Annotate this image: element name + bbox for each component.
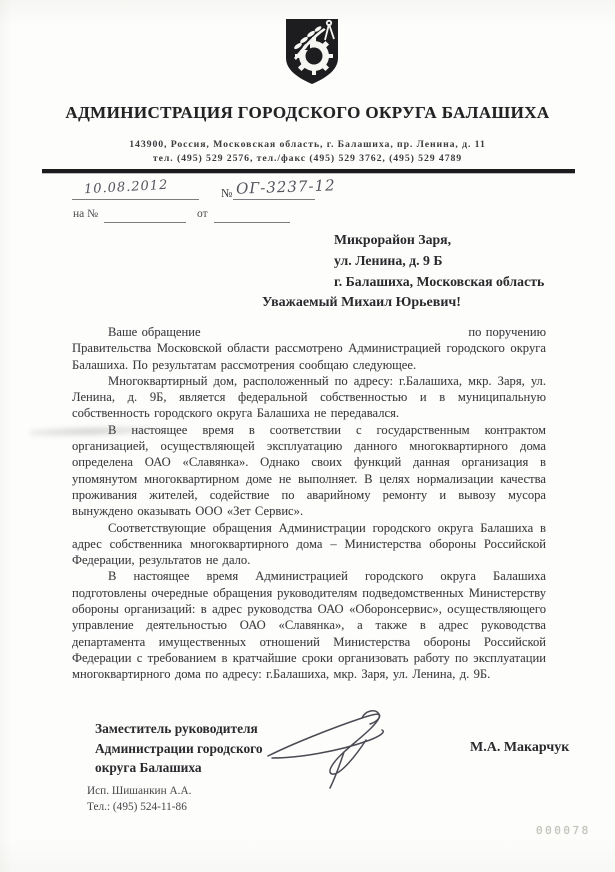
date-underline xyxy=(72,199,199,200)
scanned-letter-page: АДМИНИСТРАЦИЯ ГОРОДСКОГО ОКРУГА БАЛАШИХА… xyxy=(0,0,615,872)
org-address-line1: 143900, Россия, Московская область, г. Б… xyxy=(0,138,615,152)
recipient-line-city: г. Балашиха, Московская область xyxy=(334,271,584,292)
executor-phone: Тел.: (495) 524-11-86 xyxy=(87,800,191,816)
handwritten-date: 10.08.2012 xyxy=(84,178,169,197)
reply-to-label: на № xyxy=(73,208,98,220)
executor-block: Исп. Шишанкин А.А. Тел.: (495) 524-11-86 xyxy=(87,784,191,815)
letterhead-divider xyxy=(42,169,575,173)
number-sign-label: № xyxy=(221,186,232,201)
org-address-line2: тел. (495) 529 2576, тел./факс (495) 529… xyxy=(0,152,615,166)
paragraph-3: В настоящее время в соответствии с госуд… xyxy=(72,422,546,520)
letter-body: Ваше обращение по поручению Правительств… xyxy=(72,324,546,683)
recipient-line-street: ул. Ленина, д. 9 Б xyxy=(334,250,584,271)
handwritten-outgoing-number: ОГ-3237-12 xyxy=(236,176,336,197)
reply-from-underline xyxy=(214,222,290,223)
paragraph-1-tail: по поручению xyxy=(468,324,546,340)
org-name-title: АДМИНИСТРАЦИЯ ГОРОДСКОГО ОКРУГА БАЛАШИХА xyxy=(0,103,615,123)
recipient-block: Микрорайон Заря, ул. Ленина, д. 9 Б г. Б… xyxy=(334,229,584,292)
signer-name: М.А. Макарчук xyxy=(470,740,569,756)
page-stamp-number: 000078 xyxy=(536,824,591,837)
recipient-line-district: Микрорайон Заря, xyxy=(334,229,584,250)
handwritten-signature xyxy=(262,706,412,794)
salutation: Уважаемый Михаил Юрьевич! xyxy=(262,295,461,311)
executor-name: Исп. Шишанкин А.А. xyxy=(87,784,191,800)
paragraph-1-lead: Ваше обращение xyxy=(72,324,201,340)
paragraph-5: В настоящее время Администрацией городск… xyxy=(72,568,546,682)
reply-from-label: от xyxy=(197,208,208,220)
org-address: 143900, Россия, Московская область, г. Б… xyxy=(0,138,615,165)
paragraph-4: Соответствующие обращения Администрации … xyxy=(72,520,546,569)
paragraph-2: Многоквартирный дом, расположенный по ад… xyxy=(72,373,546,422)
balashikha-coat-of-arms-icon xyxy=(282,16,342,86)
paragraph-1-first-line: Ваше обращение по поручению xyxy=(72,324,546,340)
reply-to-underline xyxy=(104,222,186,223)
number-underline xyxy=(233,199,315,200)
paragraph-1-rest: Правительства Московской области рассмот… xyxy=(72,340,546,373)
